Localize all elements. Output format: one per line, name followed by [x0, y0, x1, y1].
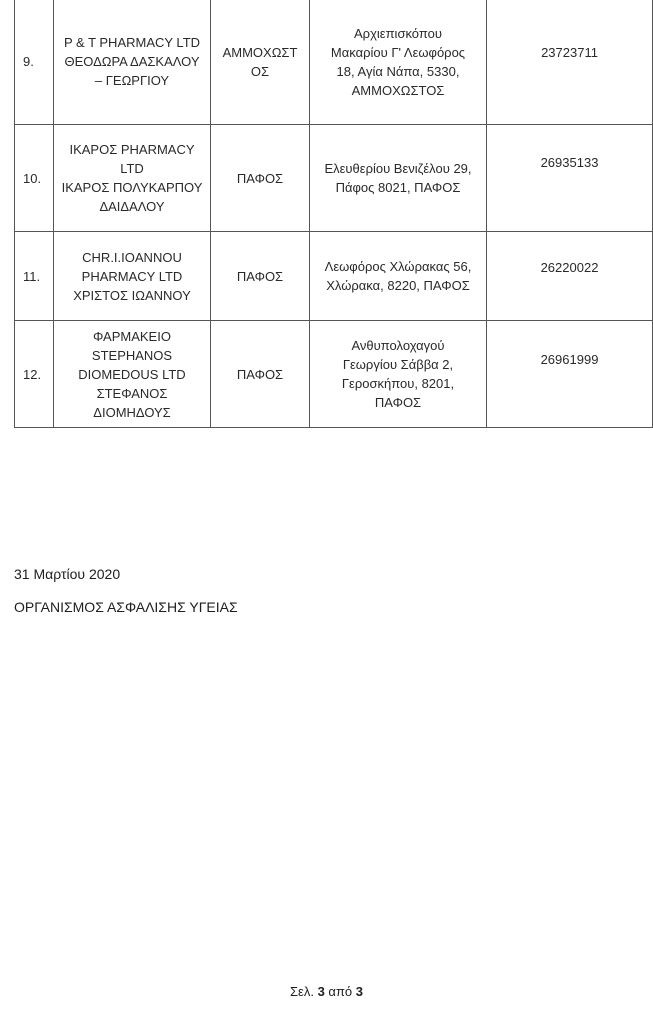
pharmacy-name-line: DIOMEDOUS LTD	[58, 365, 206, 384]
pharmacy-name-line: ΦΑΡΜΑΚΕΙΟ	[58, 327, 206, 346]
phone-cell: 26220022	[487, 232, 653, 321]
pharmacy-name-cell: CHR.I.IOANNOUPHARMACY LTDΧΡΙΣΤΟΣ ΙΩΑΝΝΟΥ	[54, 232, 211, 321]
pharmacy-name-line: ΘΕΟΔΩΡΑ ΔΑΣΚΑΛΟΥ	[58, 52, 206, 71]
address-line: Λεωφόρος Χλώρακας 56,	[314, 257, 482, 276]
pharmacy-name-line: – ΓΕΩΡΓΙΟΥ	[58, 71, 206, 90]
row-number: 10.	[15, 125, 54, 232]
pharmacy-name-cell: ΙΚΑΡΟΣ PHARMACYLTDΙΚΑΡΟΣ ΠΟΛΥΚΑΡΠΟΥΔΑΙΔΑ…	[54, 125, 211, 232]
district-cell: ΑΜΜΟΧΩΣΤΟΣ	[211, 0, 310, 125]
pharmacy-name-line: ΔΙΟΜΗΔΟΥΣ	[58, 403, 206, 422]
phone-number: 26961999	[491, 350, 648, 369]
pharmacy-name-line: LTD	[58, 159, 206, 178]
pharmacy-name-cell: P & T PHARMACY LTDΘΕΟΔΩΡΑ ΔΑΣΚΑΛΟΥ– ΓΕΩΡ…	[54, 0, 211, 125]
phone-cell: 26961999	[487, 321, 653, 428]
pharmacy-name-line: ΧΡΙΣΤΟΣ ΙΩΑΝΝΟΥ	[58, 286, 206, 305]
table-row: 9.P & T PHARMACY LTDΘΕΟΔΩΡΑ ΔΑΣΚΑΛΟΥ– ΓΕ…	[15, 0, 653, 125]
footer-current-page: 3	[318, 984, 325, 999]
page-footer: Σελ. 3 από 3	[0, 984, 653, 999]
footer-total-pages: 3	[356, 984, 363, 999]
row-number: 11.	[15, 232, 54, 321]
phone-number: 26935133	[491, 153, 648, 172]
address-line: Πάφος 8021, ΠΑΦΟΣ	[314, 178, 482, 197]
organization-name: ΟΡΓΑΝΙΣΜΟΣ ΑΣΦΑΛΙΣΗΣ ΥΓΕΙΑΣ	[14, 599, 238, 615]
row-number: 9.	[15, 0, 54, 125]
address-cell: Λεωφόρος Χλώρακας 56,Χλώρακα, 8220, ΠΑΦΟ…	[310, 232, 487, 321]
address-line: Γεωργίου Σάββα 2,	[314, 355, 482, 374]
pharmacy-name-line: ΣΤΕΦΑΝΟΣ	[58, 384, 206, 403]
address-line: ΠΑΦΟΣ	[314, 393, 482, 412]
district-cell: ΠΑΦΟΣ	[211, 232, 310, 321]
pharmacy-name-line: STEPHANOS	[58, 346, 206, 365]
district-line: ΠΑΦΟΣ	[215, 267, 305, 286]
phone-cell: 26935133	[487, 125, 653, 232]
table-row: 12.ΦΑΡΜΑΚΕΙΟSTEPHANOSDIOMEDOUS LTDΣΤΕΦΑΝ…	[15, 321, 653, 428]
pharmacy-name-line: P & T PHARMACY LTD	[58, 33, 206, 52]
address-line: Μακαρίου Γ' Λεωφόρος	[314, 43, 482, 62]
district-cell: ΠΑΦΟΣ	[211, 125, 310, 232]
pharmacy-name-line: PHARMACY LTD	[58, 267, 206, 286]
pharmacy-name-line: ΙΚΑΡΟΣ PHARMACY	[58, 140, 206, 159]
row-number: 12.	[15, 321, 54, 428]
table-row: 11.CHR.I.IOANNOUPHARMACY LTDΧΡΙΣΤΟΣ ΙΩΑΝ…	[15, 232, 653, 321]
footer-separator: από	[328, 984, 352, 999]
district-cell: ΠΑΦΟΣ	[211, 321, 310, 428]
address-line: ΑΜΜΟΧΩΣΤΟΣ	[314, 81, 482, 100]
document-date: 31 Μαρτίου 2020	[14, 566, 120, 582]
address-line: 18, Αγία Νάπα, 5330,	[314, 62, 482, 81]
phone-number: 23723711	[491, 43, 648, 62]
phone-cell: 23723711	[487, 0, 653, 125]
address-cell: ΑνθυπολοχαγούΓεωργίου Σάββα 2,Γεροσκήπου…	[310, 321, 487, 428]
pharmacy-name-cell: ΦΑΡΜΑΚΕΙΟSTEPHANOSDIOMEDOUS LTDΣΤΕΦΑΝΟΣΔ…	[54, 321, 211, 428]
district-line: ΠΑΦΟΣ	[215, 365, 305, 384]
footer-prefix: Σελ.	[290, 984, 314, 999]
district-line: ΑΜΜΟΧΩΣΤ	[215, 43, 305, 62]
address-line: Αρχιεπισκόπου	[314, 24, 482, 43]
district-line: ΠΑΦΟΣ	[215, 169, 305, 188]
district-line: ΟΣ	[215, 62, 305, 81]
pharmacy-name-line: ΙΚΑΡΟΣ ΠΟΛΥΚΑΡΠΟΥ	[58, 178, 206, 197]
phone-number: 26220022	[491, 258, 648, 277]
address-line: Ανθυπολοχαγού	[314, 336, 482, 355]
pharmacy-table-body: 9.P & T PHARMACY LTDΘΕΟΔΩΡΑ ΔΑΣΚΑΛΟΥ– ΓΕ…	[15, 0, 653, 428]
table-row: 10.ΙΚΑΡΟΣ PHARMACYLTDΙΚΑΡΟΣ ΠΟΛΥΚΑΡΠΟΥΔΑ…	[15, 125, 653, 232]
pharmacy-table: 9.P & T PHARMACY LTDΘΕΟΔΩΡΑ ΔΑΣΚΑΛΟΥ– ΓΕ…	[14, 0, 653, 428]
address-cell: Ελευθερίου Βενιζέλου 29,Πάφος 8021, ΠΑΦΟ…	[310, 125, 487, 232]
address-cell: ΑρχιεπισκόπουΜακαρίου Γ' Λεωφόρος18, Αγί…	[310, 0, 487, 125]
pharmacy-name-line: ΔΑΙΔΑΛΟΥ	[58, 197, 206, 216]
pharmacy-name-line: CHR.I.IOANNOU	[58, 248, 206, 267]
address-line: Ελευθερίου Βενιζέλου 29,	[314, 159, 482, 178]
address-line: Χλώρακα, 8220, ΠΑΦΟΣ	[314, 276, 482, 295]
address-line: Γεροσκήπου, 8201,	[314, 374, 482, 393]
